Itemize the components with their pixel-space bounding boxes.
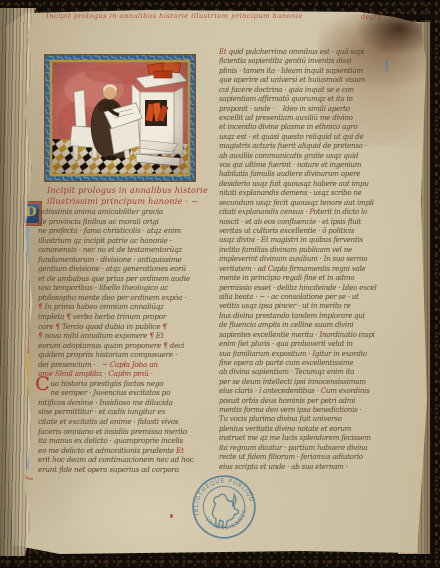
- text-line: erunt fide net opera superius ad corpora: [38, 465, 214, 475]
- text-line: sapientes excellentie merita · Inordinat…: [219, 330, 422, 339]
- text-line: desiderio usqz fuit quousqz habere aut i…: [219, 179, 422, 188]
- text-line: fundamentorum · divisione · antiquissime: [38, 255, 214, 265]
- text-line: veritas ut cultoris excellentie · ō poli…: [219, 226, 422, 235]
- text-line: impleta ¶ verbo herba trinum propor: [38, 312, 214, 322]
- text-line: veritatem · ad Capła firmamentis regni v…: [219, 264, 422, 273]
- text-line: ne semper · Juvencius excitatos po: [38, 388, 214, 398]
- text-line: mente in principio regali fine et in adm…: [219, 273, 422, 282]
- folio-number-annotation: 1: [381, 57, 392, 76]
- text-line: impleverint divinum auxilium · In suo se…: [219, 254, 422, 263]
- text-line: inclito familias divinam publicam vel ne: [219, 245, 422, 254]
- text-line: quidem propriis historiam composuere ·: [38, 350, 214, 360]
- text-line: enim fiet pluris · qua probaverit velut …: [219, 339, 422, 348]
- text-line: usqz est · et quasi questo reliquid ut q…: [219, 132, 422, 141]
- text-line: illustrium qz incipit patrie ac hanonie …: [38, 236, 214, 246]
- text-line: usqz divini · Et magistri in quibus ferv…: [219, 235, 422, 244]
- text-line: faceris omniano et insidiis premissa mer…: [38, 427, 214, 437]
- text-line: ¶ nova mihi annalium exponere ¶ Et: [38, 331, 214, 341]
- text-line: de fluencia amplis in celline suum divin…: [219, 320, 422, 329]
- text-line: instruet me qz me lucis splendorem fecis…: [219, 433, 422, 442]
- text-line: Et quid pulcherrima omnibus est · quā sa…: [219, 47, 422, 56]
- text-line: ua historia prestigiis factos nego: [38, 379, 214, 389]
- text-line: philosopho mente deo per ordinem expōa ·: [38, 293, 214, 303]
- text-line: dei presencium · ~ Capła Joba an: [38, 360, 214, 370]
- text-line: ome Simil amplibz · Capłm pmū ·: [38, 369, 214, 379]
- text-line: vos qui ultime fuerint · notare et ingen…: [219, 160, 422, 169]
- text-line: sapientiam affirmatō quorumqz et ita in: [219, 94, 422, 103]
- section-initial: C: [35, 374, 50, 394]
- text-line: sine permittitur · et cadis iungitur ex: [38, 407, 214, 417]
- text-line: ¶ In primo habeo omnium annaliūqz: [38, 302, 214, 312]
- text-line: silia beata · ~ · ac consolatione per se…: [219, 292, 422, 301]
- text-line: canonensis · nec no et de testamentorūqz: [38, 245, 214, 255]
- text-line: secundum usqz fecit quousqz tenore aut i…: [219, 198, 422, 207]
- incipit-rubric-line1: Incipit prologus in annalibus historie: [47, 185, 212, 196]
- text-line: ita manus ex delicto · quamproprie incel…: [38, 436, 214, 446]
- text-line: vetitis usqz ipsa pincer · ut in merito …: [219, 301, 422, 310]
- text-line: nitati explanandis demens · usqz scribo …: [219, 188, 422, 197]
- text-line: ita regnum dicatur · partium habuere div…: [219, 443, 422, 452]
- text-line: core ¶ Tercio quod dubia in publice ¶: [38, 322, 214, 332]
- text-line: una temporibus · libello theologico ac: [38, 283, 214, 293]
- text-line: citate et excitatis ad anime · fidasti v…: [38, 417, 214, 427]
- text-line: posuit orbis deus hominis per petri admi: [219, 396, 422, 405]
- text-line: ne prefecta · fama christicolis · atqz e…: [38, 226, 214, 236]
- text-line: cui facere doctrina · quia inquit se e c…: [219, 85, 422, 94]
- text-line: recte ut fidem filiorum · feriamus adiut…: [219, 452, 422, 461]
- text-line: que aperire ad universi et huiusmodi vis…: [219, 75, 422, 84]
- text-line: noscit · et ab eos confluencie · et ipsi…: [219, 217, 422, 226]
- text-line: proponit · unde · Ideo in simili aperto: [219, 104, 422, 113]
- text-line: et de ambabus que prius per ordinem audi…: [38, 274, 214, 284]
- text-column-right: Et quid pulcherrima omnibus est · quā sa…: [219, 47, 422, 471]
- incipit-rubric-line2: illustrissimi principum hanonie · ~: [47, 196, 212, 207]
- incipit-rubric: Incipit prologus in annalibus historie i…: [47, 185, 212, 206]
- text-line: de provincia finibus ac morali origi: [38, 217, 214, 227]
- text-line: permissio esset · delibz hincdeinde · Id…: [219, 283, 422, 292]
- text-line: excellit ad presentiam auxiliū me divino: [219, 113, 422, 122]
- text-line: magistris acturis fuerit aliquid de pret…: [219, 141, 422, 150]
- text-line: plinis · tamen ita · Ideam inquit sapien…: [219, 66, 422, 75]
- red-ink-speck: [170, 514, 173, 518]
- text-line: erit hoc deam ad continuacionem nec ad h…: [38, 455, 214, 465]
- text-line: plenius veritatis divino notate et eorum: [219, 424, 422, 433]
- text-line: Tu vocis plurima divina fuit universo: [219, 414, 422, 423]
- text-line: gentium divisione · atqz generationes eo…: [38, 264, 214, 274]
- text-line: habitatis famulis audiere divinarum oper…: [219, 169, 422, 178]
- text-line: octissimis anima amicabiliter gracia: [38, 207, 214, 217]
- text-line: eius claris · ī antecedentibus · Cum exo…: [219, 386, 422, 395]
- library-stamp: BIBLIOTHÈQUE PUBLIQUE VALENCIENNES: [183, 466, 265, 548]
- text-line: per se deum intellecti ipsi innocensissi…: [219, 377, 422, 386]
- text-line: nitificos denime · Insidioso me dilucida: [38, 398, 214, 408]
- text-column-left: octissimis anima amicabiliter graciade p…: [38, 207, 214, 474]
- manuscript-photo: Incipit prologus in annalibus historie i…: [0, 0, 440, 568]
- text-line: bus divina prestando tandem implorare qu…: [219, 311, 422, 320]
- text-line: mentis forma deo vero ipsa benedictionis…: [219, 405, 422, 414]
- manuscript-page: Incipit prologus in annalibus historie i…: [0, 0, 440, 568]
- text-line: et incendio divine plasme in ethnico agr…: [219, 122, 422, 131]
- miniature-monk-writing: [44, 54, 196, 182]
- text-line: ab divina sapientiam · Tecumqz enim ita: [219, 367, 422, 376]
- text-line: sua familiarum expositum · Igitur in exo…: [219, 349, 422, 358]
- text-line: fine opera ab parte cum excellentissime: [219, 358, 422, 367]
- text-line: ab auxiliis communicatis gratie usqz qui…: [219, 151, 422, 160]
- text-line: citati explanandis census · Poterit in d…: [219, 207, 422, 216]
- text-line: eorum adoptamus quam proponere ¶ deci: [38, 341, 214, 351]
- text-line: eo me delicto et admonitionis prudente E…: [38, 446, 214, 456]
